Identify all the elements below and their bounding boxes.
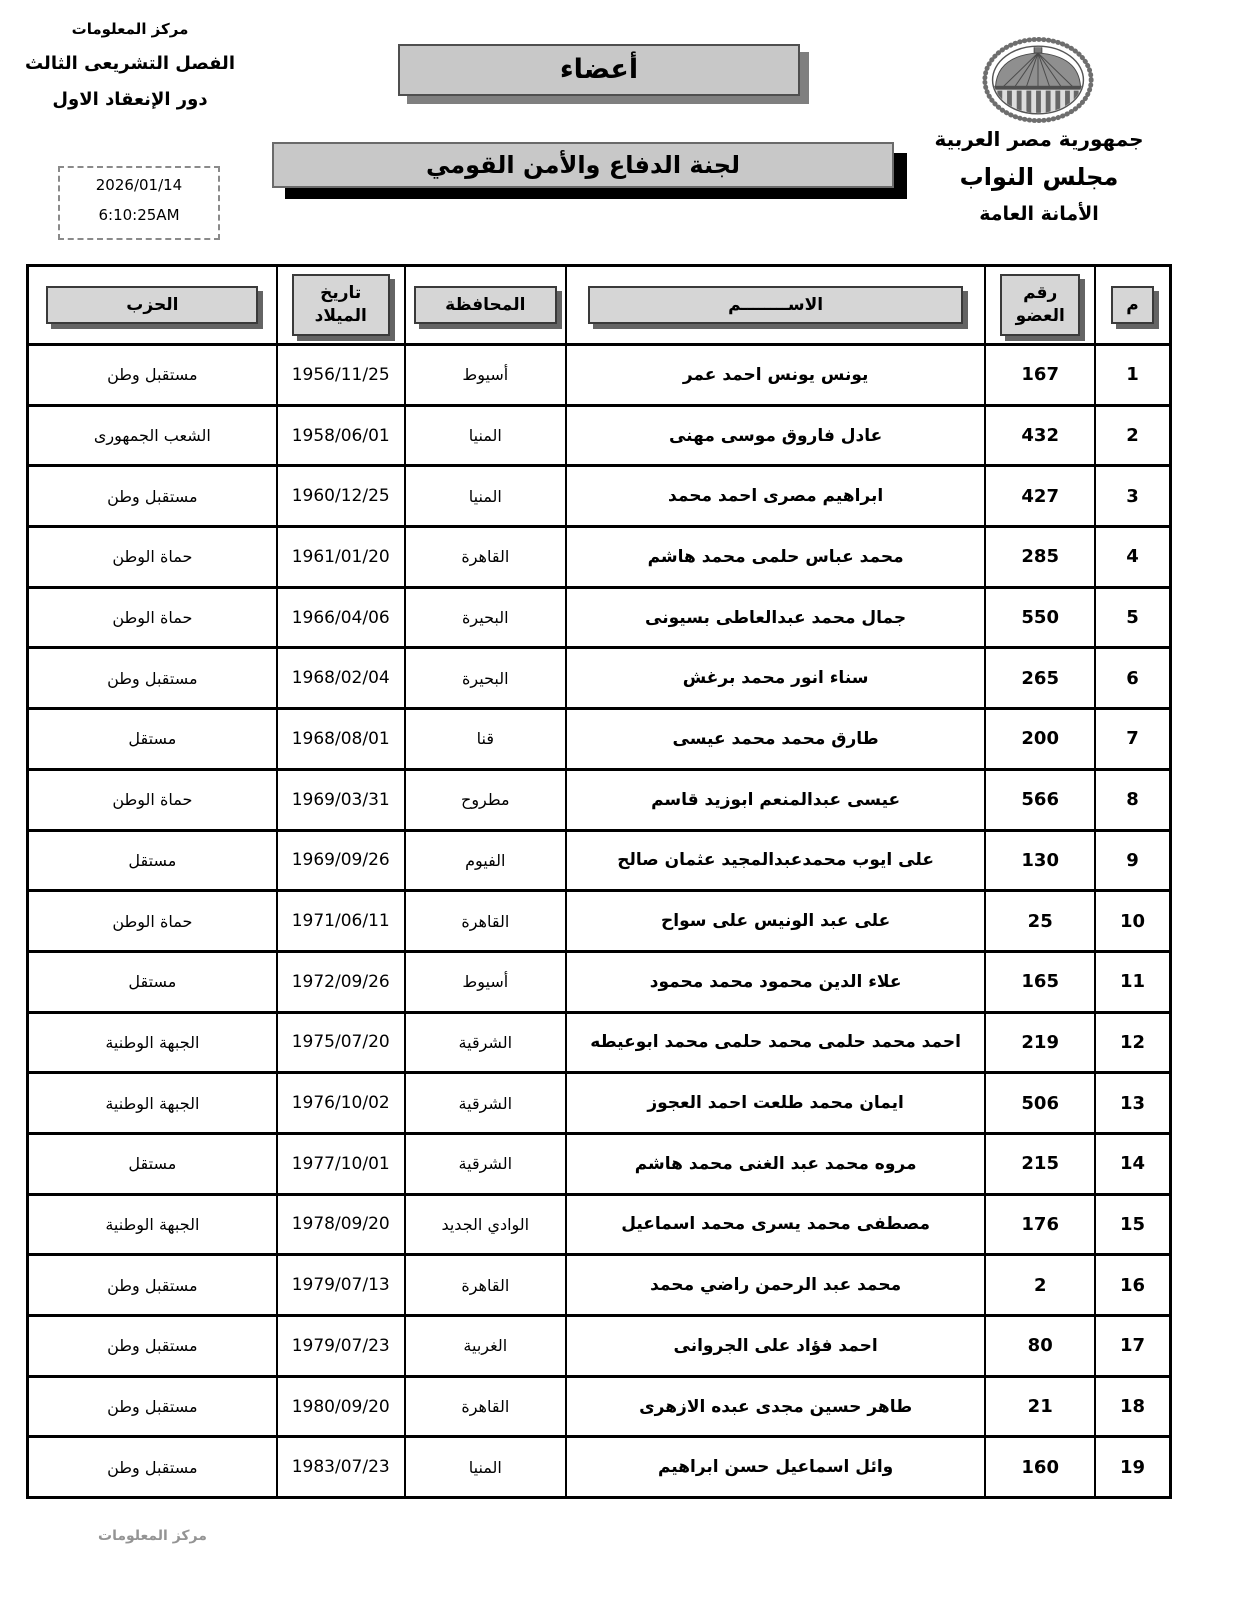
member-name: وائل اسماعيل حسن ابراهيم [566,1437,985,1498]
republic-label: جمهورية مصر العربية [914,127,1164,151]
member-name: محمد عباس حلمى محمد هاشم [566,527,985,588]
member-governorate: البحيرة [405,648,566,709]
header-cell-party: الحزب [28,266,277,345]
member-party: مستقبل وطن [28,1376,277,1437]
member-governorate: المنيا [405,405,566,466]
member-number: 2 [985,1255,1095,1316]
member-governorate: القاهرة [405,891,566,952]
row-index: 6 [1095,648,1170,709]
member-number: 285 [985,527,1095,588]
member-number: 432 [985,405,1095,466]
member-birth-date: 1980/09/20 [277,1376,405,1437]
print-date: 2026/01/14 [60,176,218,194]
row-index: 18 [1095,1376,1170,1437]
row-index: 17 [1095,1316,1170,1377]
member-governorate: الشرقية [405,1133,566,1194]
header-cell-name: الاســــــــم [566,266,985,345]
member-party: حماة الوطن [28,769,277,830]
member-party: مستقبل وطن [28,466,277,527]
member-birth-date: 1958/06/01 [277,405,405,466]
table-row: 3 427 ابراهيم مصرى احمد محمد المنيا 1960… [28,466,1171,527]
row-index: 9 [1095,830,1170,891]
member-birth-date: 1956/11/25 [277,345,405,406]
member-name: ايمان محمد طلعت احمد العجوز [566,1073,985,1134]
member-name: ابراهيم مصرى احمد محمد [566,466,985,527]
member-governorate: مطروح [405,769,566,830]
table-row: 1 167 يونس يونس احمد عمر أسيوط 1956/11/2… [28,345,1171,406]
row-index: 13 [1095,1073,1170,1134]
member-birth-date: 1969/09/26 [277,830,405,891]
member-governorate: القاهرة [405,1376,566,1437]
row-index: 11 [1095,951,1170,1012]
member-number: 21 [985,1376,1095,1437]
member-party: مستقبل وطن [28,345,277,406]
member-party: مستقبل وطن [28,1437,277,1498]
member-party: مستقل [28,830,277,891]
member-number: 265 [985,648,1095,709]
member-name: احمد فؤاد على الجروانى [566,1316,985,1377]
member-name: علاء الدين محمود محمد محمود [566,951,985,1012]
table-row: 10 25 على عبد الونيس على سواح القاهرة 19… [28,891,1171,952]
member-name: طارق محمد محمد عيسى [566,709,985,770]
member-number: 160 [985,1437,1095,1498]
member-name: محمد عبد الرحمن راضي محمد [566,1255,985,1316]
member-party: مستقل [28,1133,277,1194]
table-row: 8 566 عيسى عبدالمنعم ابوزيد قاسم مطروح 1… [28,769,1171,830]
table-body: 1 167 يونس يونس احمد عمر أسيوط 1956/11/2… [28,345,1171,1498]
committee-title: لجنة الدفاع والأمن القومي [272,142,894,188]
member-name: طاهر حسين مجدى عبده الازهرى [566,1376,985,1437]
row-index: 5 [1095,587,1170,648]
member-number: 165 [985,951,1095,1012]
member-governorate: البحيرة [405,587,566,648]
member-name: مروه محمد عبد الغنى محمد هاشم [566,1133,985,1194]
member-party: حماة الوطن [28,891,277,952]
member-party: مستقبل وطن [28,1316,277,1377]
birth-date-header-label: تاريخ الميلاد [292,274,390,336]
header-cell-index: م [1095,266,1170,345]
table-row: 5 550 جمال محمد عبدالعاطى بسيونى البحيرة… [28,587,1171,648]
info-center-label: مركز المعلومات [18,20,242,38]
table-row: 6 265 سناء انور محمد برغش البحيرة 1968/0… [28,648,1171,709]
row-index: 12 [1095,1012,1170,1073]
table-row: 15 176 مصطفى محمد يسرى محمد اسماعيل الوا… [28,1194,1171,1255]
table-row: 2 432 عادل فاروق موسى مهنى المنيا 1958/0… [28,405,1171,466]
member-governorate: أسيوط [405,345,566,406]
member-name: مصطفى محمد يسرى محمد اسماعيل [566,1194,985,1255]
table-header: م رقم العضو الاســــــــم المحافظة تاريخ… [28,266,1171,345]
table-row: 4 285 محمد عباس حلمى محمد هاشم القاهرة 1… [28,527,1171,588]
member-birth-date: 1979/07/23 [277,1316,405,1377]
member-party: مستقل [28,951,277,1012]
member-birth-date: 1976/10/02 [277,1073,405,1134]
member-name: يونس يونس احمد عمر [566,345,985,406]
table-row: 11 165 علاء الدين محمود محمد محمود أسيوط… [28,951,1171,1012]
member-number: 80 [985,1316,1095,1377]
member-birth-date: 1975/07/20 [277,1012,405,1073]
member-number: 130 [985,830,1095,891]
row-index: 1 [1095,345,1170,406]
member-number: 200 [985,709,1095,770]
member-no-header-label: رقم العضو [1000,274,1080,336]
member-governorate: قنا [405,709,566,770]
table-row: 18 21 طاهر حسين مجدى عبده الازهرى القاهر… [28,1376,1171,1437]
member-birth-date: 1966/04/06 [277,587,405,648]
member-name: سناء انور محمد برغش [566,648,985,709]
header-row: م رقم العضو الاســــــــم المحافظة تاريخ… [28,266,1171,345]
session-round-label: دور الإنعقاد الاول [18,89,242,110]
table-row: 7 200 طارق محمد محمد عيسى قنا 1968/08/01… [28,709,1171,770]
member-party: الجبهة الوطنية [28,1012,277,1073]
name-header-label: الاســــــــم [588,286,964,325]
organization-block: جمهورية مصر العربية مجلس النواب الأمانة … [914,127,1164,225]
member-name: على ايوب محمدعبدالمجيد عثمان صالح [566,830,985,891]
member-number: 566 [985,769,1095,830]
members-table: م رقم العضو الاســــــــم المحافظة تاريخ… [26,264,1172,1499]
council-label: مجلس النواب [914,163,1164,191]
member-governorate: القاهرة [405,527,566,588]
member-governorate: الغربية [405,1316,566,1377]
member-number: 427 [985,466,1095,527]
member-birth-date: 1983/07/23 [277,1437,405,1498]
member-party: الجبهة الوطنية [28,1073,277,1134]
row-index: 8 [1095,769,1170,830]
member-number: 167 [985,345,1095,406]
member-number: 215 [985,1133,1095,1194]
member-governorate: أسيوط [405,951,566,1012]
member-number: 219 [985,1012,1095,1073]
footer-info-center: مركز المعلومات [98,1528,207,1544]
table-row: 12 219 احمد محمد حلمى محمد حلمى محمد ابو… [28,1012,1171,1073]
member-party: مستقبل وطن [28,648,277,709]
member-name: جمال محمد عبدالعاطى بسيونى [566,587,985,648]
row-index: 3 [1095,466,1170,527]
row-index: 10 [1095,891,1170,952]
parliament-dome-emblem-icon [980,34,1096,126]
party-header-label: الحزب [46,286,258,325]
row-index: 2 [1095,405,1170,466]
report-meta-block: مركز المعلومات الفصل التشريعى الثالث دور… [18,20,242,110]
member-governorate: القاهرة [405,1255,566,1316]
row-index: 4 [1095,527,1170,588]
table-row: 13 506 ايمان محمد طلعت احمد العجوز الشرق… [28,1073,1171,1134]
member-number: 25 [985,891,1095,952]
print-datetime-box: 2026/01/14 6:10:25AM [58,166,220,240]
member-birth-date: 1961/01/20 [277,527,405,588]
member-party: حماة الوطن [28,587,277,648]
member-party: الشعب الجمهورى [28,405,277,466]
member-birth-date: 1972/09/26 [277,951,405,1012]
print-time: 6:10:25AM [60,206,218,224]
member-number: 550 [985,587,1095,648]
member-party: مستقبل وطن [28,1255,277,1316]
member-birth-date: 1968/02/04 [277,648,405,709]
member-party: مستقل [28,709,277,770]
member-name: على عبد الونيس على سواح [566,891,985,952]
member-party: الجبهة الوطنية [28,1194,277,1255]
table-row: 17 80 احمد فؤاد على الجروانى الغربية 197… [28,1316,1171,1377]
governorate-header-label: المحافظة [414,286,557,325]
member-governorate: المنيا [405,1437,566,1498]
member-governorate: المنيا [405,466,566,527]
member-party: حماة الوطن [28,527,277,588]
member-birth-date: 1971/06/11 [277,891,405,952]
member-governorate: الوادي الجديد [405,1194,566,1255]
report-page: { "header": { "info_center": "مركز المعل… [0,0,1236,1600]
legislative-term-label: الفصل التشريعى الثالث [18,53,242,74]
row-index: 14 [1095,1133,1170,1194]
row-index: 16 [1095,1255,1170,1316]
table-row: 9 130 على ايوب محمدعبدالمجيد عثمان صالح … [28,830,1171,891]
member-name: عادل فاروق موسى مهنى [566,405,985,466]
member-birth-date: 1960/12/25 [277,466,405,527]
row-index: 7 [1095,709,1170,770]
member-birth-date: 1969/03/31 [277,769,405,830]
header-cell-member-no: رقم العضو [985,266,1095,345]
member-number: 176 [985,1194,1095,1255]
member-number: 506 [985,1073,1095,1134]
page-title: أعضاء [398,44,800,96]
member-governorate: الشرقية [405,1012,566,1073]
members-table-wrap: م رقم العضو الاســــــــم المحافظة تاريخ… [26,264,1172,1499]
table-row: 19 160 وائل اسماعيل حسن ابراهيم المنيا 1… [28,1437,1171,1498]
member-birth-date: 1978/09/20 [277,1194,405,1255]
member-birth-date: 1968/08/01 [277,709,405,770]
row-index: 15 [1095,1194,1170,1255]
member-name: عيسى عبدالمنعم ابوزيد قاسم [566,769,985,830]
secretariat-label: الأمانة العامة [914,203,1164,225]
member-birth-date: 1977/10/01 [277,1133,405,1194]
table-row: 14 215 مروه محمد عبد الغنى محمد هاشم الش… [28,1133,1171,1194]
header-cell-governorate: المحافظة [405,266,566,345]
row-index: 19 [1095,1437,1170,1498]
index-header-label: م [1111,286,1153,325]
member-governorate: الفيوم [405,830,566,891]
table-row: 16 2 محمد عبد الرحمن راضي محمد القاهرة 1… [28,1255,1171,1316]
member-birth-date: 1979/07/13 [277,1255,405,1316]
header-cell-birth-date: تاريخ الميلاد [277,266,405,345]
member-governorate: الشرقية [405,1073,566,1134]
member-name: احمد محمد حلمى محمد حلمى محمد ابوعيطه [566,1012,985,1073]
